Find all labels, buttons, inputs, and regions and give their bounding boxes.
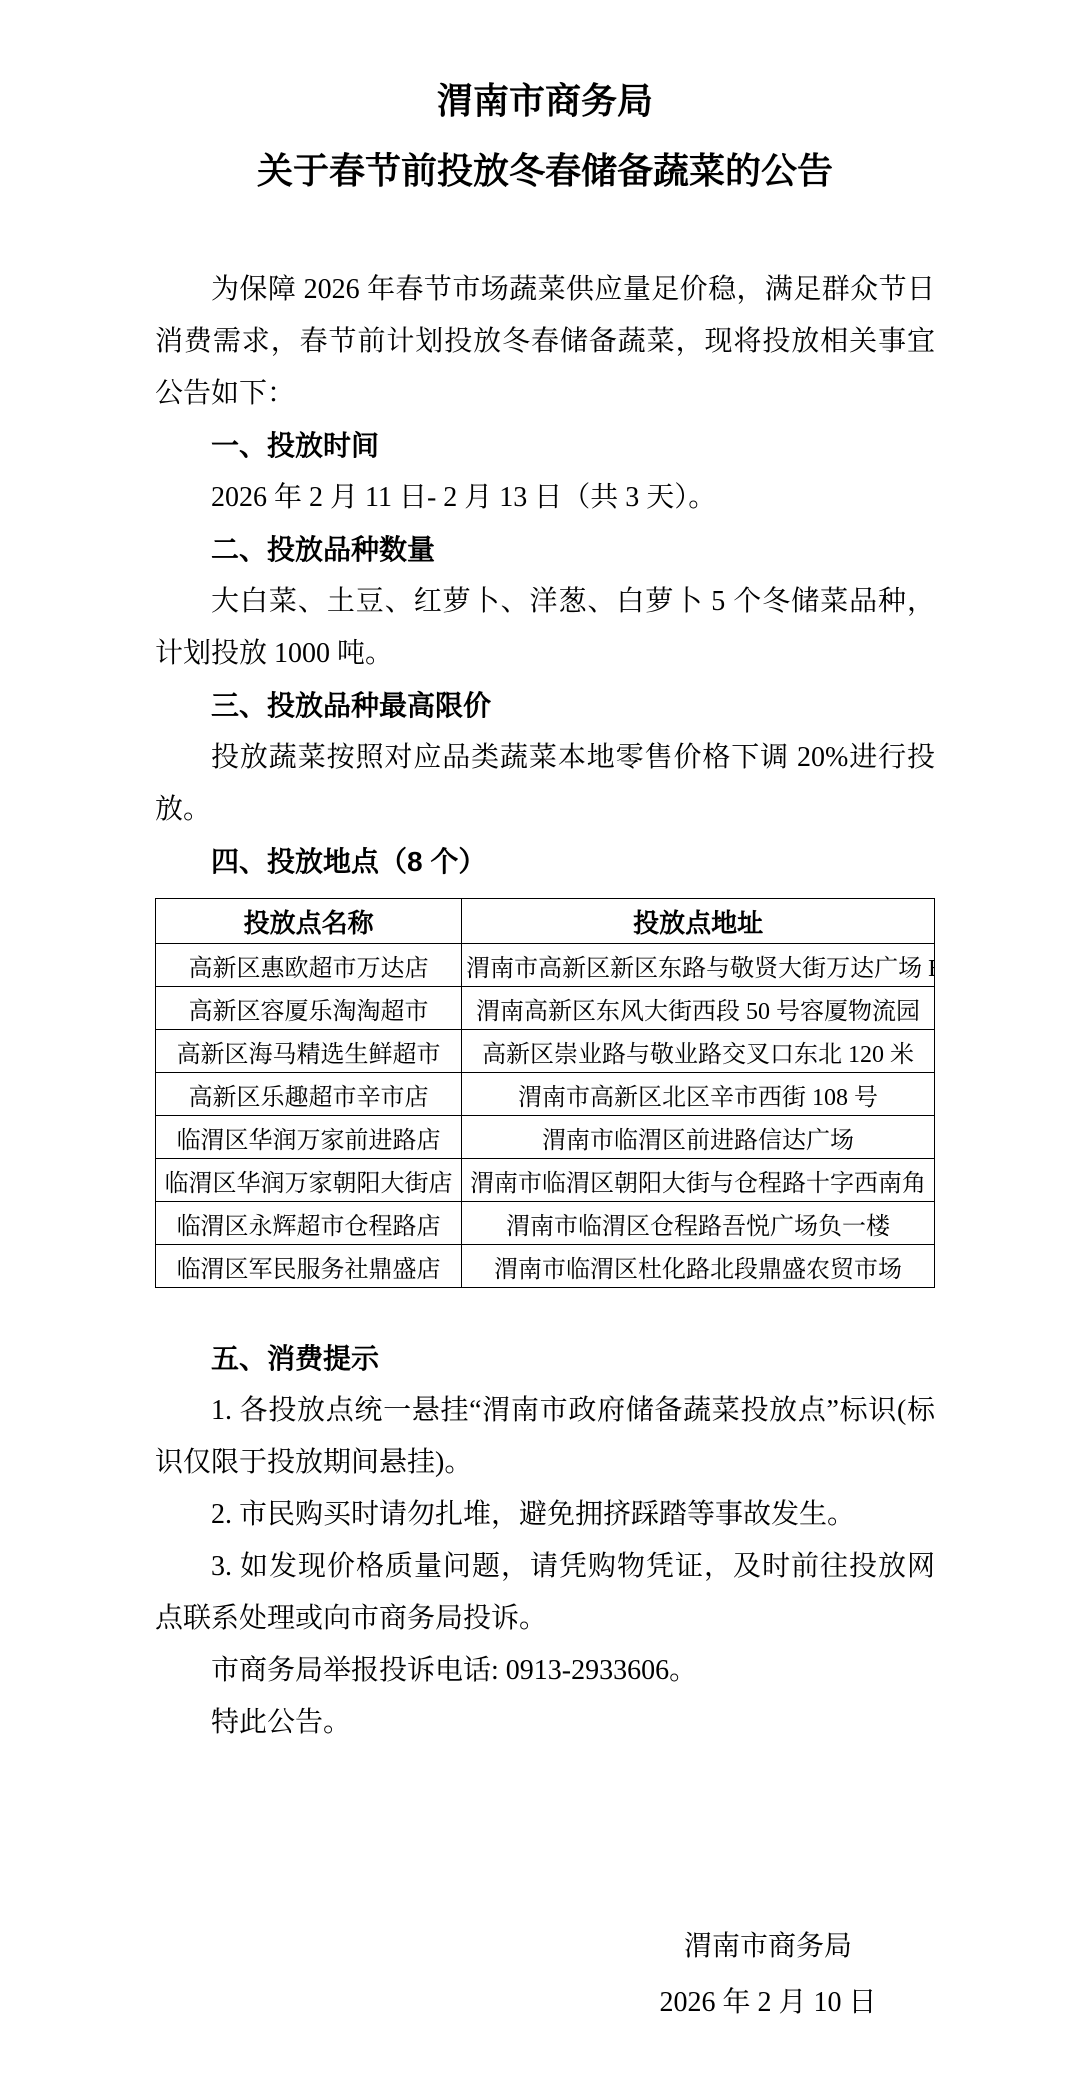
table-header-address: 投放点地址 — [462, 899, 935, 944]
table-row: 高新区惠欧超市万达店渭南市高新区新区东路与敬贤大街万达广场 B1 — [156, 944, 935, 987]
section-3-body: 投放蔬菜按照对应品类蔬菜本地零售价格下调 20%进行投放。 — [155, 732, 935, 836]
cell-location-name: 高新区海马精选生鲜超市 — [156, 1030, 462, 1073]
table-row: 高新区容厦乐淘淘超市渭南高新区东风大街西段 50 号容厦物流园 — [156, 987, 935, 1030]
section-2-body: 大白菜、土豆、红萝卜、洋葱、白萝卜 5 个冬储菜品种，计划投放 1000 吨。 — [155, 576, 935, 680]
table-row: 临渭区永辉超市仓程路店渭南市临渭区仓程路吾悦广场负一楼 — [156, 1202, 935, 1245]
section-1-body: 2026 年 2 月 11 日- 2 月 13 日（共 3 天）。 — [155, 472, 935, 524]
cell-location-address: 高新区崇业路与敬业路交叉口东北 120 米 — [462, 1030, 935, 1073]
cell-location-name: 高新区容厦乐淘淘超市 — [156, 987, 462, 1030]
cell-location-name: 高新区惠欧超市万达店 — [156, 944, 462, 987]
cell-location-name: 临渭区华润万家朝阳大街店 — [156, 1159, 462, 1202]
table-header-row: 投放点名称 投放点地址 — [156, 899, 935, 944]
cell-location-address: 渭南市高新区北区辛市西街 108 号 — [462, 1073, 935, 1116]
locations-table: 投放点名称 投放点地址 高新区惠欧超市万达店渭南市高新区新区东路与敬贤大街万达广… — [155, 898, 935, 1288]
doc-title-subject: 关于春节前投放冬春储备蔬菜的公告 — [155, 140, 935, 202]
cell-location-address: 渭南市临渭区前进路信达广场 — [462, 1116, 935, 1159]
cell-location-address: 渭南高新区东风大街西段 50 号容厦物流园 — [462, 987, 935, 1030]
tip-3: 3. 如发现价格质量问题，请凭购物凭证，及时前往投放网点联系处理或向市商务局投诉… — [155, 1541, 935, 1645]
section-3-heading: 三、投放品种最高限价 — [155, 680, 935, 732]
table-row: 高新区海马精选生鲜超市高新区崇业路与敬业路交叉口东北 120 米 — [156, 1030, 935, 1073]
table-row: 临渭区华润万家朝阳大街店渭南市临渭区朝阳大街与仓程路十字西南角 — [156, 1159, 935, 1202]
table-header-name: 投放点名称 — [156, 899, 462, 944]
signature-date: 2026 年 2 月 10 日 — [618, 1975, 918, 2031]
table-row: 高新区乐趣超市辛市店渭南市高新区北区辛市西街 108 号 — [156, 1073, 935, 1116]
hotline-line: 市商务局举报投诉电话: 0913-2933606。 — [155, 1645, 935, 1697]
cell-location-name: 临渭区华润万家前进路店 — [156, 1116, 462, 1159]
doc-title-org: 渭南市商务局 — [155, 70, 935, 132]
announcement-document: 渭南市商务局 关于春节前投放冬春储备蔬菜的公告 为保障 2026 年春节市场蔬菜… — [0, 0, 1080, 2094]
cell-location-address: 渭南市临渭区朝阳大街与仓程路十字西南角 — [462, 1159, 935, 1202]
cell-location-address: 渭南市临渭区仓程路吾悦广场负一楼 — [462, 1202, 935, 1245]
signature-block: 渭南市商务局 2026 年 2 月 10 日 — [618, 1919, 918, 2031]
cell-location-address: 渭南市临渭区杜化路北段鼎盛农贸市场 — [462, 1245, 935, 1288]
section-1-heading: 一、投放时间 — [155, 420, 935, 472]
intro-paragraph: 为保障 2026 年春节市场蔬菜供应量足价稳，满足群众节日消费需求，春节前计划投… — [155, 264, 935, 420]
cell-location-name: 临渭区永辉超市仓程路店 — [156, 1202, 462, 1245]
section-4-heading: 四、投放地点（8 个） — [155, 836, 935, 888]
closing-line: 特此公告。 — [155, 1697, 935, 1749]
section-5-heading: 五、消费提示 — [155, 1333, 935, 1385]
signature-org: 渭南市商务局 — [618, 1919, 918, 1975]
cell-location-address: 渭南市高新区新区东路与敬贤大街万达广场 B1 — [462, 944, 935, 987]
section-2-heading: 二、投放品种数量 — [155, 524, 935, 576]
tip-2: 2. 市民购买时请勿扎堆，避免拥挤踩踏等事故发生。 — [155, 1489, 935, 1541]
cell-location-name: 高新区乐趣超市辛市店 — [156, 1073, 462, 1116]
table-row: 临渭区华润万家前进路店渭南市临渭区前进路信达广场 — [156, 1116, 935, 1159]
cell-location-name: 临渭区军民服务社鼎盛店 — [156, 1245, 462, 1288]
tip-1: 1. 各投放点统一悬挂“渭南市政府储备蔬菜投放点”标识(标识仅限于投放期间悬挂)… — [155, 1385, 935, 1489]
table-row: 临渭区军民服务社鼎盛店渭南市临渭区杜化路北段鼎盛农贸市场 — [156, 1245, 935, 1288]
